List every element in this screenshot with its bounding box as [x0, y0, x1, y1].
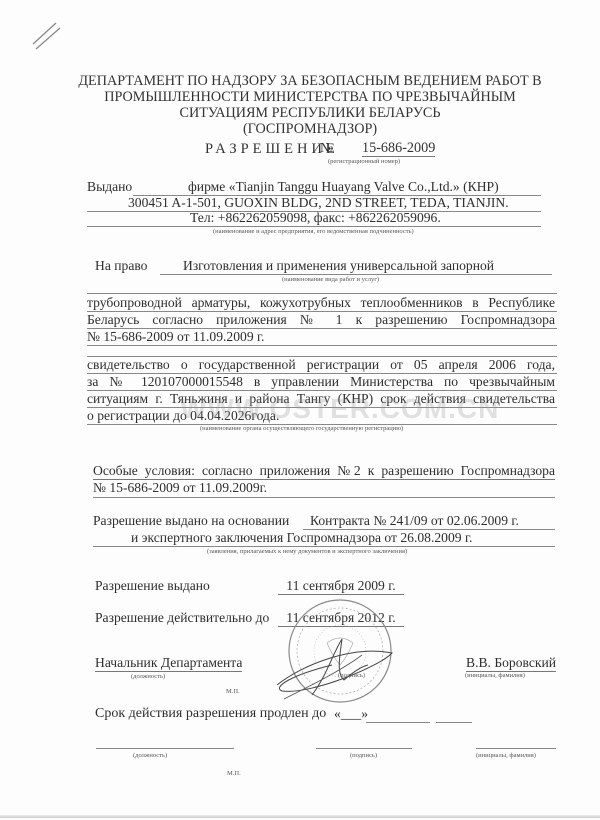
name-caption: (инициалы, фамилия): [465, 672, 525, 679]
issued-to-address: 300451 A-1-501, GUOXIN BLDG, 2ND STREET,…: [128, 195, 509, 211]
issued-to-company: фирме «Tianjin Tanggu Huayang Valve Co.,…: [188, 179, 499, 195]
extension-signature-caption: (подпись): [350, 752, 377, 759]
extension-position-caption: (должность): [133, 752, 167, 759]
valid-until-label: Разрешение действительно до: [95, 610, 269, 626]
extension-position-field[interactable]: [96, 748, 234, 749]
right-to-caption: (наименование вида работ и услуг): [282, 276, 379, 283]
permit-number: 15-686-2009: [362, 140, 435, 157]
right-to-line: № 15-686-2009 от 11.09.2009 г.: [87, 329, 264, 345]
double-slash-mark: [30, 20, 70, 60]
number-caption: (регистрационный номер): [328, 158, 400, 165]
header-line: СИТУАЦИЯМ РЕСПУБЛИКИ БЕЛАРУСЬ: [60, 105, 560, 121]
registration-line: свидетельство о государственной регистра…: [87, 357, 555, 373]
extension-year-field[interactable]: [436, 722, 472, 723]
registration-caption: (наименование органа осуществляющего гос…: [200, 425, 403, 432]
right-to-label: На право: [95, 258, 147, 274]
number-sign: №: [320, 141, 333, 157]
underline: [87, 226, 541, 227]
basis-expertise: и экспертного заключения Госпромнадзора …: [131, 530, 472, 546]
header-line: ДЕПАРТАМЕНТ ПО НАДЗОРУ ЗА БЕЗОПАСНЫМ ВЕД…: [60, 73, 560, 89]
issued-to-caption: (наименование и адрес предприятия, его в…: [213, 228, 414, 235]
header-line: ПРОМЫШЛЕННОСТИ МИНИСТЕРСТВА ПО ЧРЕЗВЫЧАЙ…: [60, 89, 560, 105]
extension-label: Срок действия разрешения продлен до: [95, 706, 326, 722]
header-line: (ГОСПРОМНАДЗОР): [60, 121, 560, 137]
extension-seal-mark: М.П.: [227, 770, 241, 777]
basis-contract: Контракта № 241/09 от 02.06.2009 г.: [310, 513, 519, 529]
extension-month-field[interactable]: [366, 722, 430, 723]
signatory-name: В.В. Боровский: [466, 655, 556, 672]
issued-date-label: Разрешение выдано: [95, 578, 210, 594]
position-caption: (должность): [131, 673, 165, 680]
basis-caption: (заявления, прилагаемых к нему документо…: [207, 548, 407, 555]
underline: [93, 546, 555, 547]
page-bottom-edge: [0, 815, 600, 818]
special-conditions: Особые условия: согласно приложения №2 к…: [93, 463, 555, 480]
permit-title: РАЗРЕШЕНИЕ: [205, 141, 339, 158]
right-to-activity: Изготовления и применения универсальной …: [183, 258, 494, 274]
extension-signature-field[interactable]: [316, 748, 412, 749]
watermark: WWW.OSTER.COM.CN: [180, 393, 499, 425]
issued-to-contacts: Тел: +862262059098, факс: +862262059096.: [190, 210, 441, 226]
permit-document: ДЕПАРТАМЕНТ ПО НАДЗОРУ ЗА БЕЗОПАСНЫМ ВЕД…: [0, 0, 600, 820]
underline: [93, 497, 555, 498]
extension-name-caption: (инициалы, фамилия): [476, 752, 536, 759]
registration-line: за № 120107000015548 в управлении Минист…: [87, 374, 555, 390]
special-conditions-line: № 15-686-2009 от 11.09.2009г.: [93, 480, 267, 496]
issuing-authority-header: ДЕПАРТАМЕНТ ПО НАДЗОРУ ЗА БЕЗОПАСНЫМ ВЕД…: [60, 73, 560, 137]
right-to-line: трубопроводной арматуры, кожухотрубных т…: [87, 295, 555, 311]
extension-day-field[interactable]: «___»: [334, 706, 368, 722]
seal-mark: М.П.: [226, 688, 240, 695]
issued-date-value: 11 сентября 2009 г.: [278, 578, 404, 595]
extension-name-field[interactable]: [476, 748, 556, 749]
basis-label: Разрешение выдано на основании: [93, 513, 289, 529]
signature-caption: (подпись): [338, 672, 365, 679]
underline: [87, 293, 557, 294]
issued-to-label: Выдано: [87, 179, 132, 195]
right-to-line: Беларусь согласно приложения № 1 к разре…: [87, 312, 555, 328]
underline: [87, 345, 557, 346]
handwritten-signature: [272, 625, 402, 705]
underline: [160, 274, 552, 275]
signatory-position: Начальник Департамента: [95, 655, 242, 672]
